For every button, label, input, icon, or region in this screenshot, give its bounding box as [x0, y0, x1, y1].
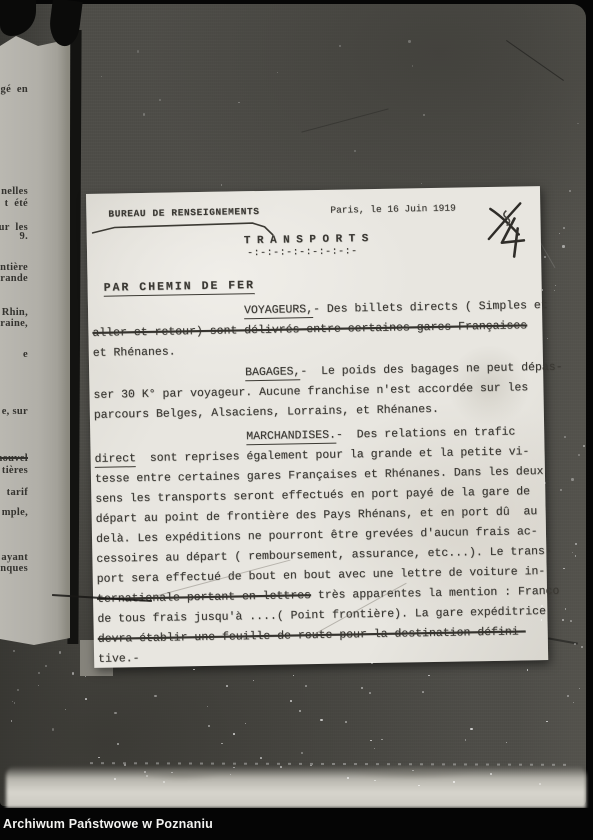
paragraph: BAGAGES,- Le poids des bagages ne peut d…	[93, 358, 546, 426]
typed-text-segment: aller et retour) sont délivrés entre cer…	[92, 319, 527, 340]
typed-text-segment: et Rhénanes.	[93, 345, 176, 359]
left-page-strip: gé ennellest étéur les9.ntièrerandeRhin,…	[0, 34, 70, 646]
typed-text-segment: - Des relations en trafic	[336, 426, 516, 442]
typed-text-segment: - Des billets directs ( Simples et	[313, 299, 548, 316]
margin-text-fragment: ayant	[1, 552, 28, 563]
typed-text-segment: tive.-	[98, 652, 140, 666]
paragraph: MARCHANDISES.- Des relations en traficdi…	[94, 422, 550, 670]
bottom-light-band	[6, 766, 586, 808]
margin-text-fragment: raine,	[0, 318, 28, 329]
typed-text-segment: ser 30 K° par voyageur. Aucune franchise…	[93, 381, 528, 402]
typed-text-segment: BAGAGES,	[245, 365, 300, 380]
paragraph: VOYAGEURS,- Des billets directs ( Simple…	[92, 296, 545, 364]
document-date: Paris, le 16 Juin 1919	[330, 203, 456, 216]
margin-text-fragment: 9.	[20, 231, 28, 242]
archive-photo-scan: gé ennellest étéur les9.ntièrerandeRhin,…	[0, 0, 593, 840]
typed-text-segment: très apparentes la mention : Franco	[311, 585, 560, 602]
margin-text-fragment: mple,	[2, 507, 28, 518]
typed-text-segment: direct	[95, 452, 137, 467]
margin-text-fragment: ntière	[0, 262, 28, 273]
margin-text-fragment: nques	[0, 563, 28, 574]
margin-text-fragment: Rhin,	[2, 307, 28, 318]
typed-text-segment: sont reprises également pour la grande e…	[136, 445, 530, 465]
title-rule: -:-:-:-:-:-:-:-:-	[247, 246, 358, 259]
pen-underline-swoosh	[86, 213, 286, 246]
typed-text-segment: - Le poids des bagages ne peut dépas-	[300, 361, 562, 379]
typed-document: BUREAU DE RENSEIGNEMENTS Paris, le 16 Ju…	[86, 186, 548, 668]
margin-text-fragment: rande	[0, 273, 28, 284]
typed-text-segment: VOYAGEURS,	[244, 303, 313, 319]
typed-text-segment: MARCHANDISES.	[246, 429, 336, 445]
typed-text-segment: ternationale portant en lettres	[97, 589, 311, 606]
watermark-bar: Archiwum Państwowe w Poznaniu	[0, 808, 593, 840]
margin-text-fragment: nouvel	[0, 453, 28, 464]
margin-text-fragment: t été	[5, 198, 28, 209]
margin-text-fragment: gé en	[1, 84, 28, 95]
margin-text-fragment: tarif	[7, 487, 28, 498]
margin-text-fragment: tières	[2, 465, 28, 476]
margin-text-fragment: nelles	[1, 186, 28, 197]
margin-text-fragment: e, sur	[2, 406, 28, 417]
margin-text-fragment: e	[23, 349, 28, 360]
typed-text-segment: parcours Belges, Alsaciens, Lorrains, et…	[94, 403, 439, 422]
section-heading: PAR CHEMIN DE FER	[104, 279, 256, 297]
handwritten-crossout-and-page-number	[482, 194, 537, 261]
typed-body: VOYAGEURS,- Des billets directs ( Simple…	[92, 296, 550, 670]
archive-watermark: Archiwum Państwowe w Poznaniu	[3, 808, 213, 840]
